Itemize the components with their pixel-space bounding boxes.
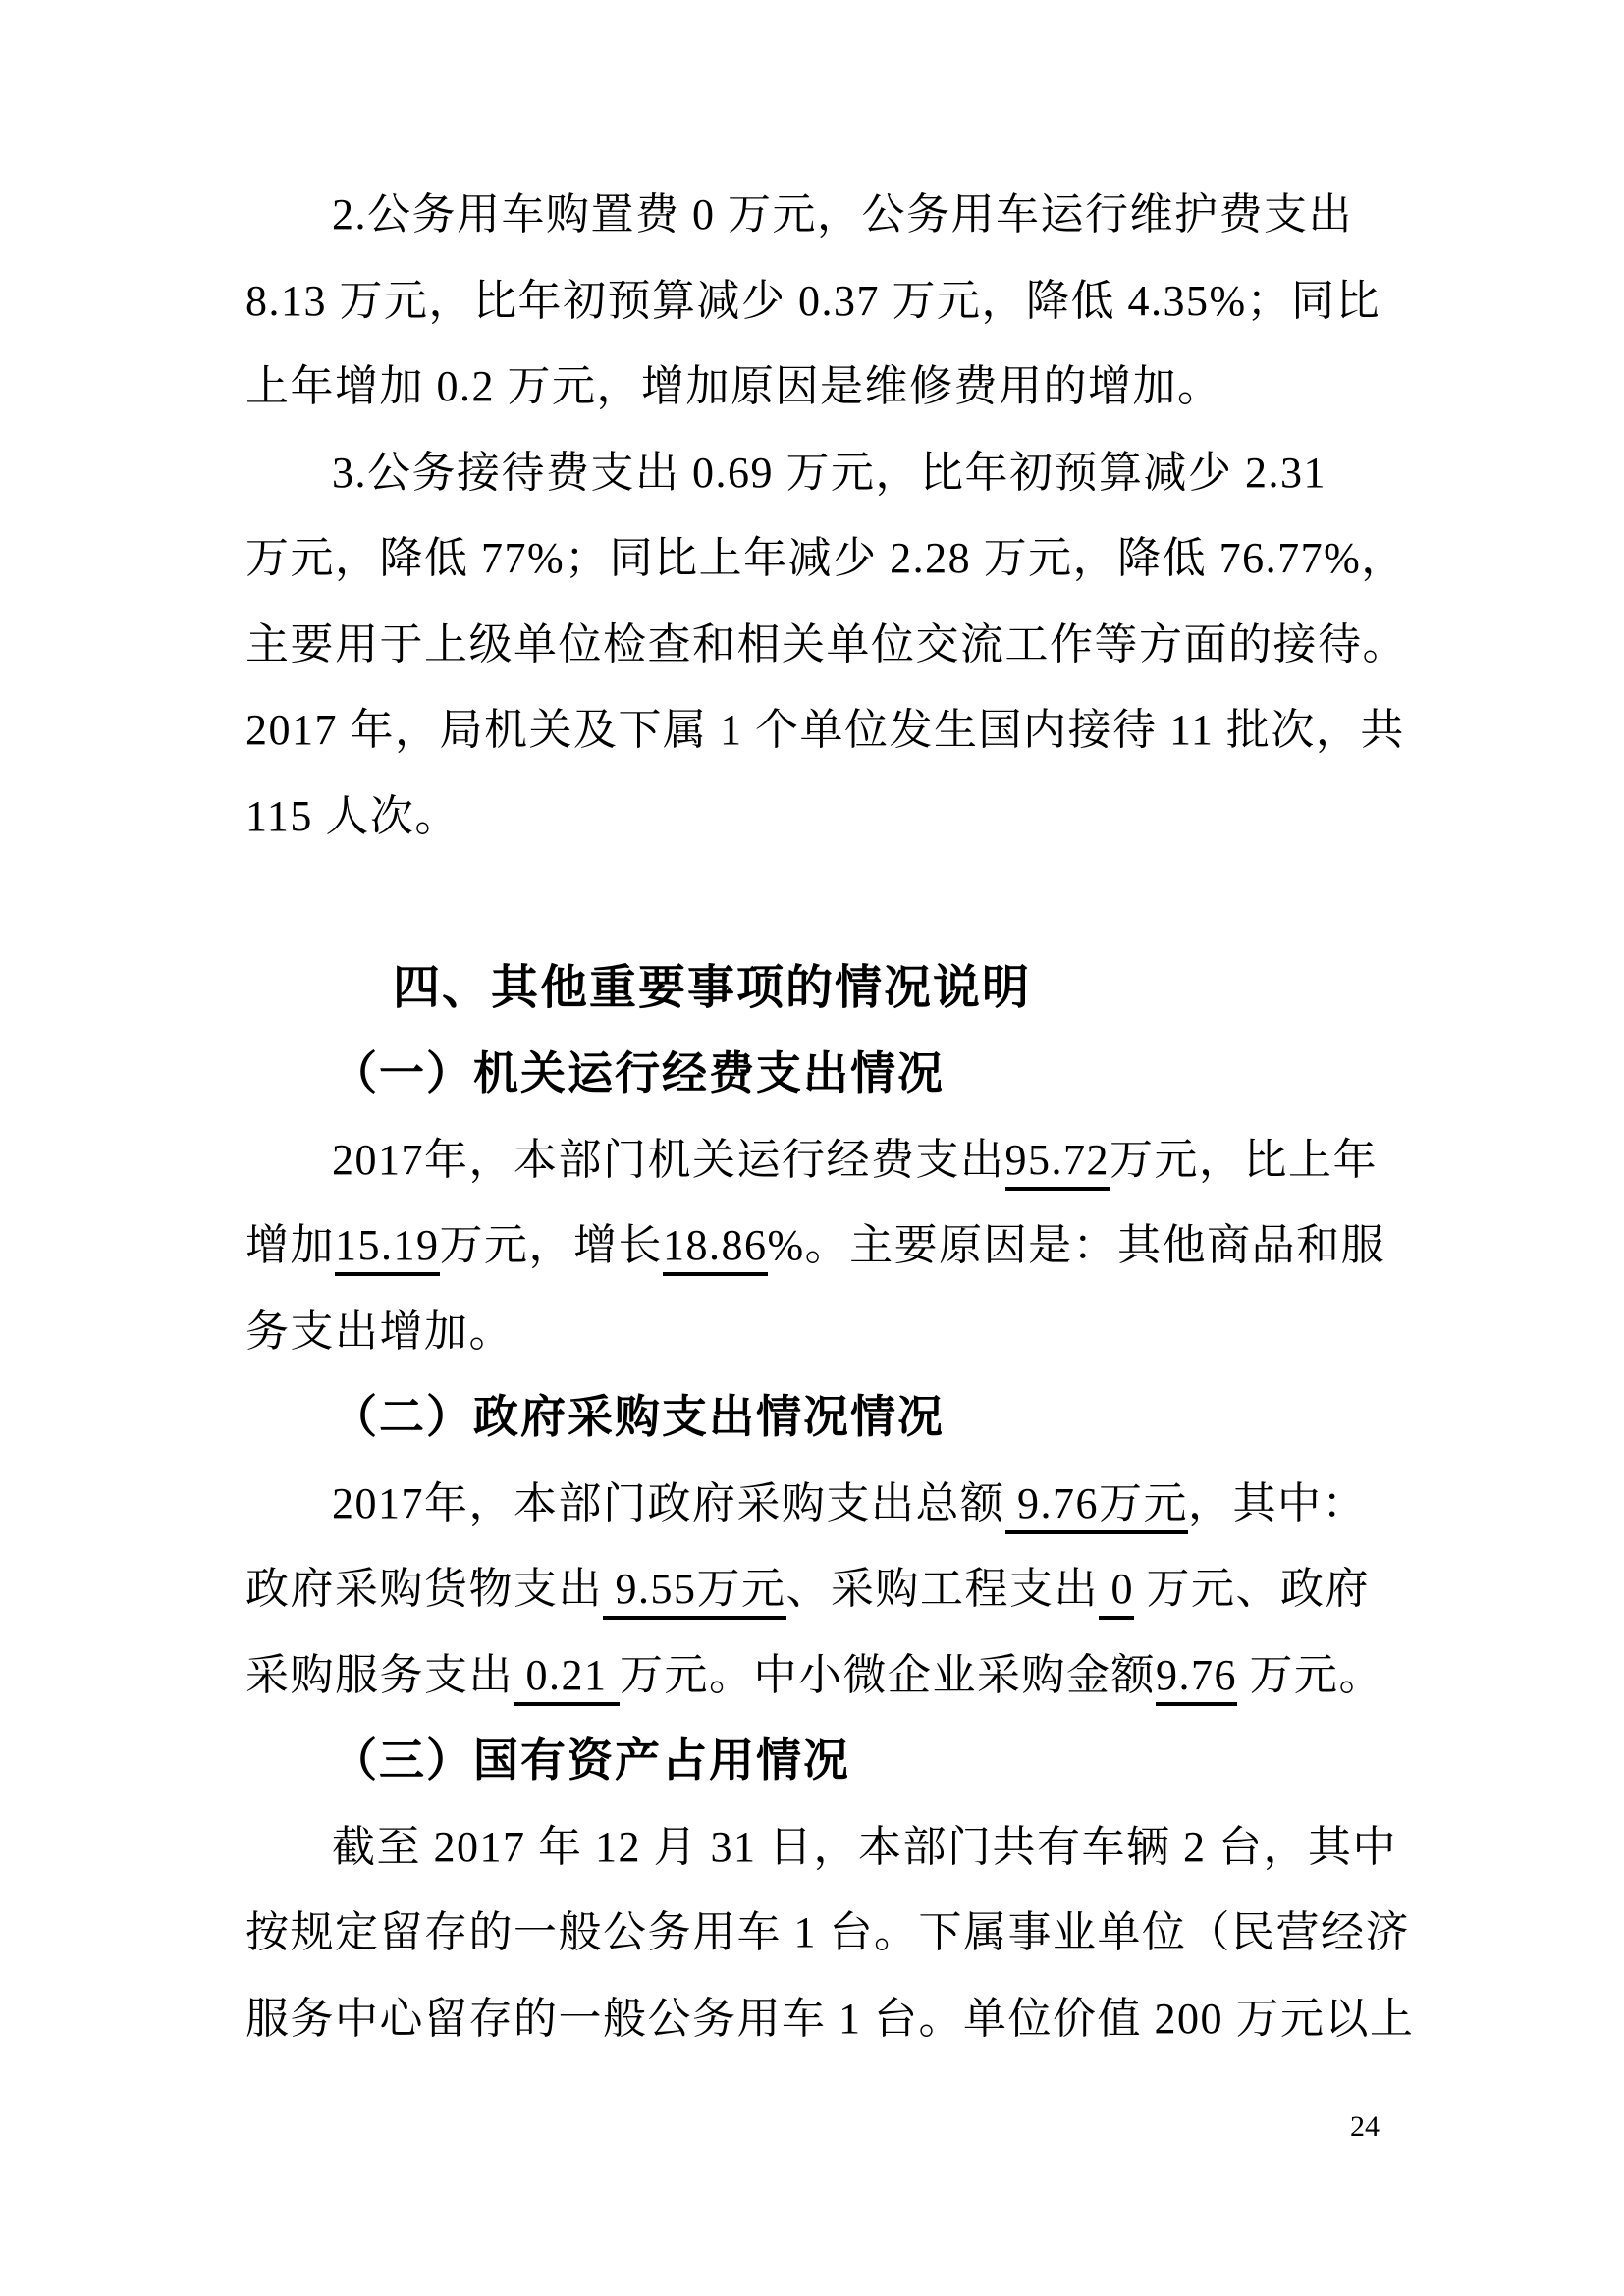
underlined-value: 15.19 bbox=[335, 1221, 440, 1276]
page-number: 24 bbox=[1350, 2110, 1380, 2144]
doc-line: 服务中心留存的一般公务用车 1 台。单位价值 200 万元以上 bbox=[245, 1976, 1384, 2062]
heading-text: 四、其他重要事项的情况说明 bbox=[393, 962, 1031, 1014]
heading-subsection-2: （二）政府采购支出情况情况 bbox=[245, 1374, 1384, 1461]
heading-subsection-1: （一）机关运行经费支出情况 bbox=[245, 1031, 1384, 1117]
heading-text: （二）政府采购支出情况情况 bbox=[332, 1391, 945, 1442]
heading-text: （一）机关运行经费支出情况 bbox=[332, 1047, 945, 1098]
doc-line: 2017年，本部门机关运行经费支出95.72万元，比上年 bbox=[245, 1117, 1384, 1203]
doc-line: 务支出增加。 bbox=[245, 1289, 1384, 1375]
underlined-value: 95.72 bbox=[1005, 1136, 1110, 1191]
underlined-value: 9.76 bbox=[1156, 1651, 1237, 1706]
text-run: 增加 bbox=[245, 1221, 335, 1269]
text-run: 上年增加 0.2 万元，增加原因是维修费用的增加。 bbox=[245, 362, 1222, 410]
text-run: 务支出增加。 bbox=[245, 1308, 514, 1356]
text-run: 万元，增长 bbox=[440, 1221, 664, 1269]
doc-line: 上年增加 0.2 万元，增加原因是维修费用的增加。 bbox=[245, 344, 1384, 430]
doc-line: 115 人次。 bbox=[245, 774, 1384, 860]
text-run: 按规定留存的一般公务用车 1 台。下属事业单位（民营经济 bbox=[245, 1908, 1410, 1956]
heading-text: （三）国有资产占用情况 bbox=[332, 1735, 850, 1786]
doc-line: 截至 2017 年 12 月 31 日，本部门共有车辆 2 台，其中 bbox=[245, 1804, 1384, 1891]
text-run: 万元，降低 77%；同比上年减少 2.28 万元，降低 76.77%， bbox=[245, 534, 1406, 582]
underlined-value: 9.55万元 bbox=[603, 1565, 786, 1620]
text-run: 截至 2017 年 12 月 31 日，本部门共有车辆 2 台，其中 bbox=[332, 1823, 1397, 1871]
text-run: 万元、政府 bbox=[1134, 1565, 1370, 1613]
doc-line: 增加15.19万元，增长18.86%。主要原因是：其他商品和服 bbox=[245, 1202, 1384, 1289]
text-run: 3.公务接待费支出 0.69 万元，比年初预算减少 2.31 bbox=[332, 449, 1326, 497]
text-run: ，其中： bbox=[1188, 1479, 1367, 1527]
text-run: 政府采购货物支出 bbox=[245, 1565, 603, 1613]
text-run: 万元。 bbox=[1237, 1651, 1383, 1699]
heading-section-4: 四、其他重要事项的情况说明 bbox=[245, 945, 1384, 1032]
text-run: 2017 年，局机关及下属 1 个单位发生国内接待 11 批次，共 bbox=[245, 706, 1405, 754]
doc-line: 2.公务用车购置费 0 万元，公务用车运行维护费支出 bbox=[245, 172, 1384, 258]
text-run: 采购服务支出 bbox=[245, 1651, 514, 1699]
text-run: 2.公务用车购置费 0 万元，公务用车运行维护费支出 bbox=[332, 190, 1353, 239]
doc-line: 按规定留存的一般公务用车 1 台。下属事业单位（民营经济 bbox=[245, 1890, 1384, 1976]
text-run: %。主要原因是：其他商品和服 bbox=[768, 1221, 1386, 1269]
heading-subsection-3: （三）国有资产占用情况 bbox=[245, 1718, 1384, 1804]
doc-line: 2017年，本部门政府采购支出总额 9.76万元，其中： bbox=[245, 1461, 1384, 1547]
text-run: 主要用于上级单位检查和相关单位交流工作等方面的接待。 bbox=[245, 620, 1407, 668]
doc-line: 采购服务支出 0.21 万元。中小微企业采购金额9.76 万元。 bbox=[245, 1632, 1384, 1719]
doc-line: 万元，降低 77%；同比上年减少 2.28 万元，降低 76.77%， bbox=[245, 515, 1384, 602]
text-run: 115 人次。 bbox=[245, 792, 460, 840]
underlined-value: 9.76万元 bbox=[1005, 1479, 1189, 1534]
text-run: 2017年，本部门政府采购支出总额 bbox=[332, 1479, 1005, 1527]
text-block: 2.公务用车购置费 0 万元，公务用车运行维护费支出 8.13 万元，比年初预算… bbox=[245, 172, 1384, 2061]
text-run: 8.13 万元，比年初预算减少 0.37 万元，降低 4.35%；同比 bbox=[245, 277, 1380, 325]
text-run: 万元，比上年 bbox=[1110, 1136, 1378, 1184]
document-page: 2.公务用车购置费 0 万元，公务用车运行维护费支出 8.13 万元，比年初预算… bbox=[0, 0, 1624, 2296]
blank-line bbox=[245, 859, 1384, 945]
text-run: 万元。中小微企业采购金额 bbox=[620, 1651, 1156, 1699]
doc-line: 3.公务接待费支出 0.69 万元，比年初预算减少 2.31 bbox=[245, 430, 1384, 516]
text-run: 、采购工程支出 bbox=[786, 1565, 1100, 1613]
doc-line: 主要用于上级单位检查和相关单位交流工作等方面的接待。 bbox=[245, 602, 1384, 688]
doc-line: 政府采购货物支出 9.55万元、采购工程支出 0 万元、政府 bbox=[245, 1546, 1384, 1632]
underlined-value: 18.86 bbox=[663, 1221, 768, 1276]
text-run: 服务中心留存的一般公务用车 1 台。单位价值 200 万元以上 bbox=[245, 1995, 1415, 2043]
doc-line: 8.13 万元，比年初预算减少 0.37 万元，降低 4.35%；同比 bbox=[245, 258, 1384, 345]
doc-line: 2017 年，局机关及下属 1 个单位发生国内接待 11 批次，共 bbox=[245, 687, 1384, 774]
text-run: 2017年，本部门机关运行经费支出 bbox=[332, 1136, 1005, 1184]
underlined-value: 0 bbox=[1099, 1565, 1134, 1620]
underlined-value: 0.21 bbox=[514, 1651, 620, 1706]
